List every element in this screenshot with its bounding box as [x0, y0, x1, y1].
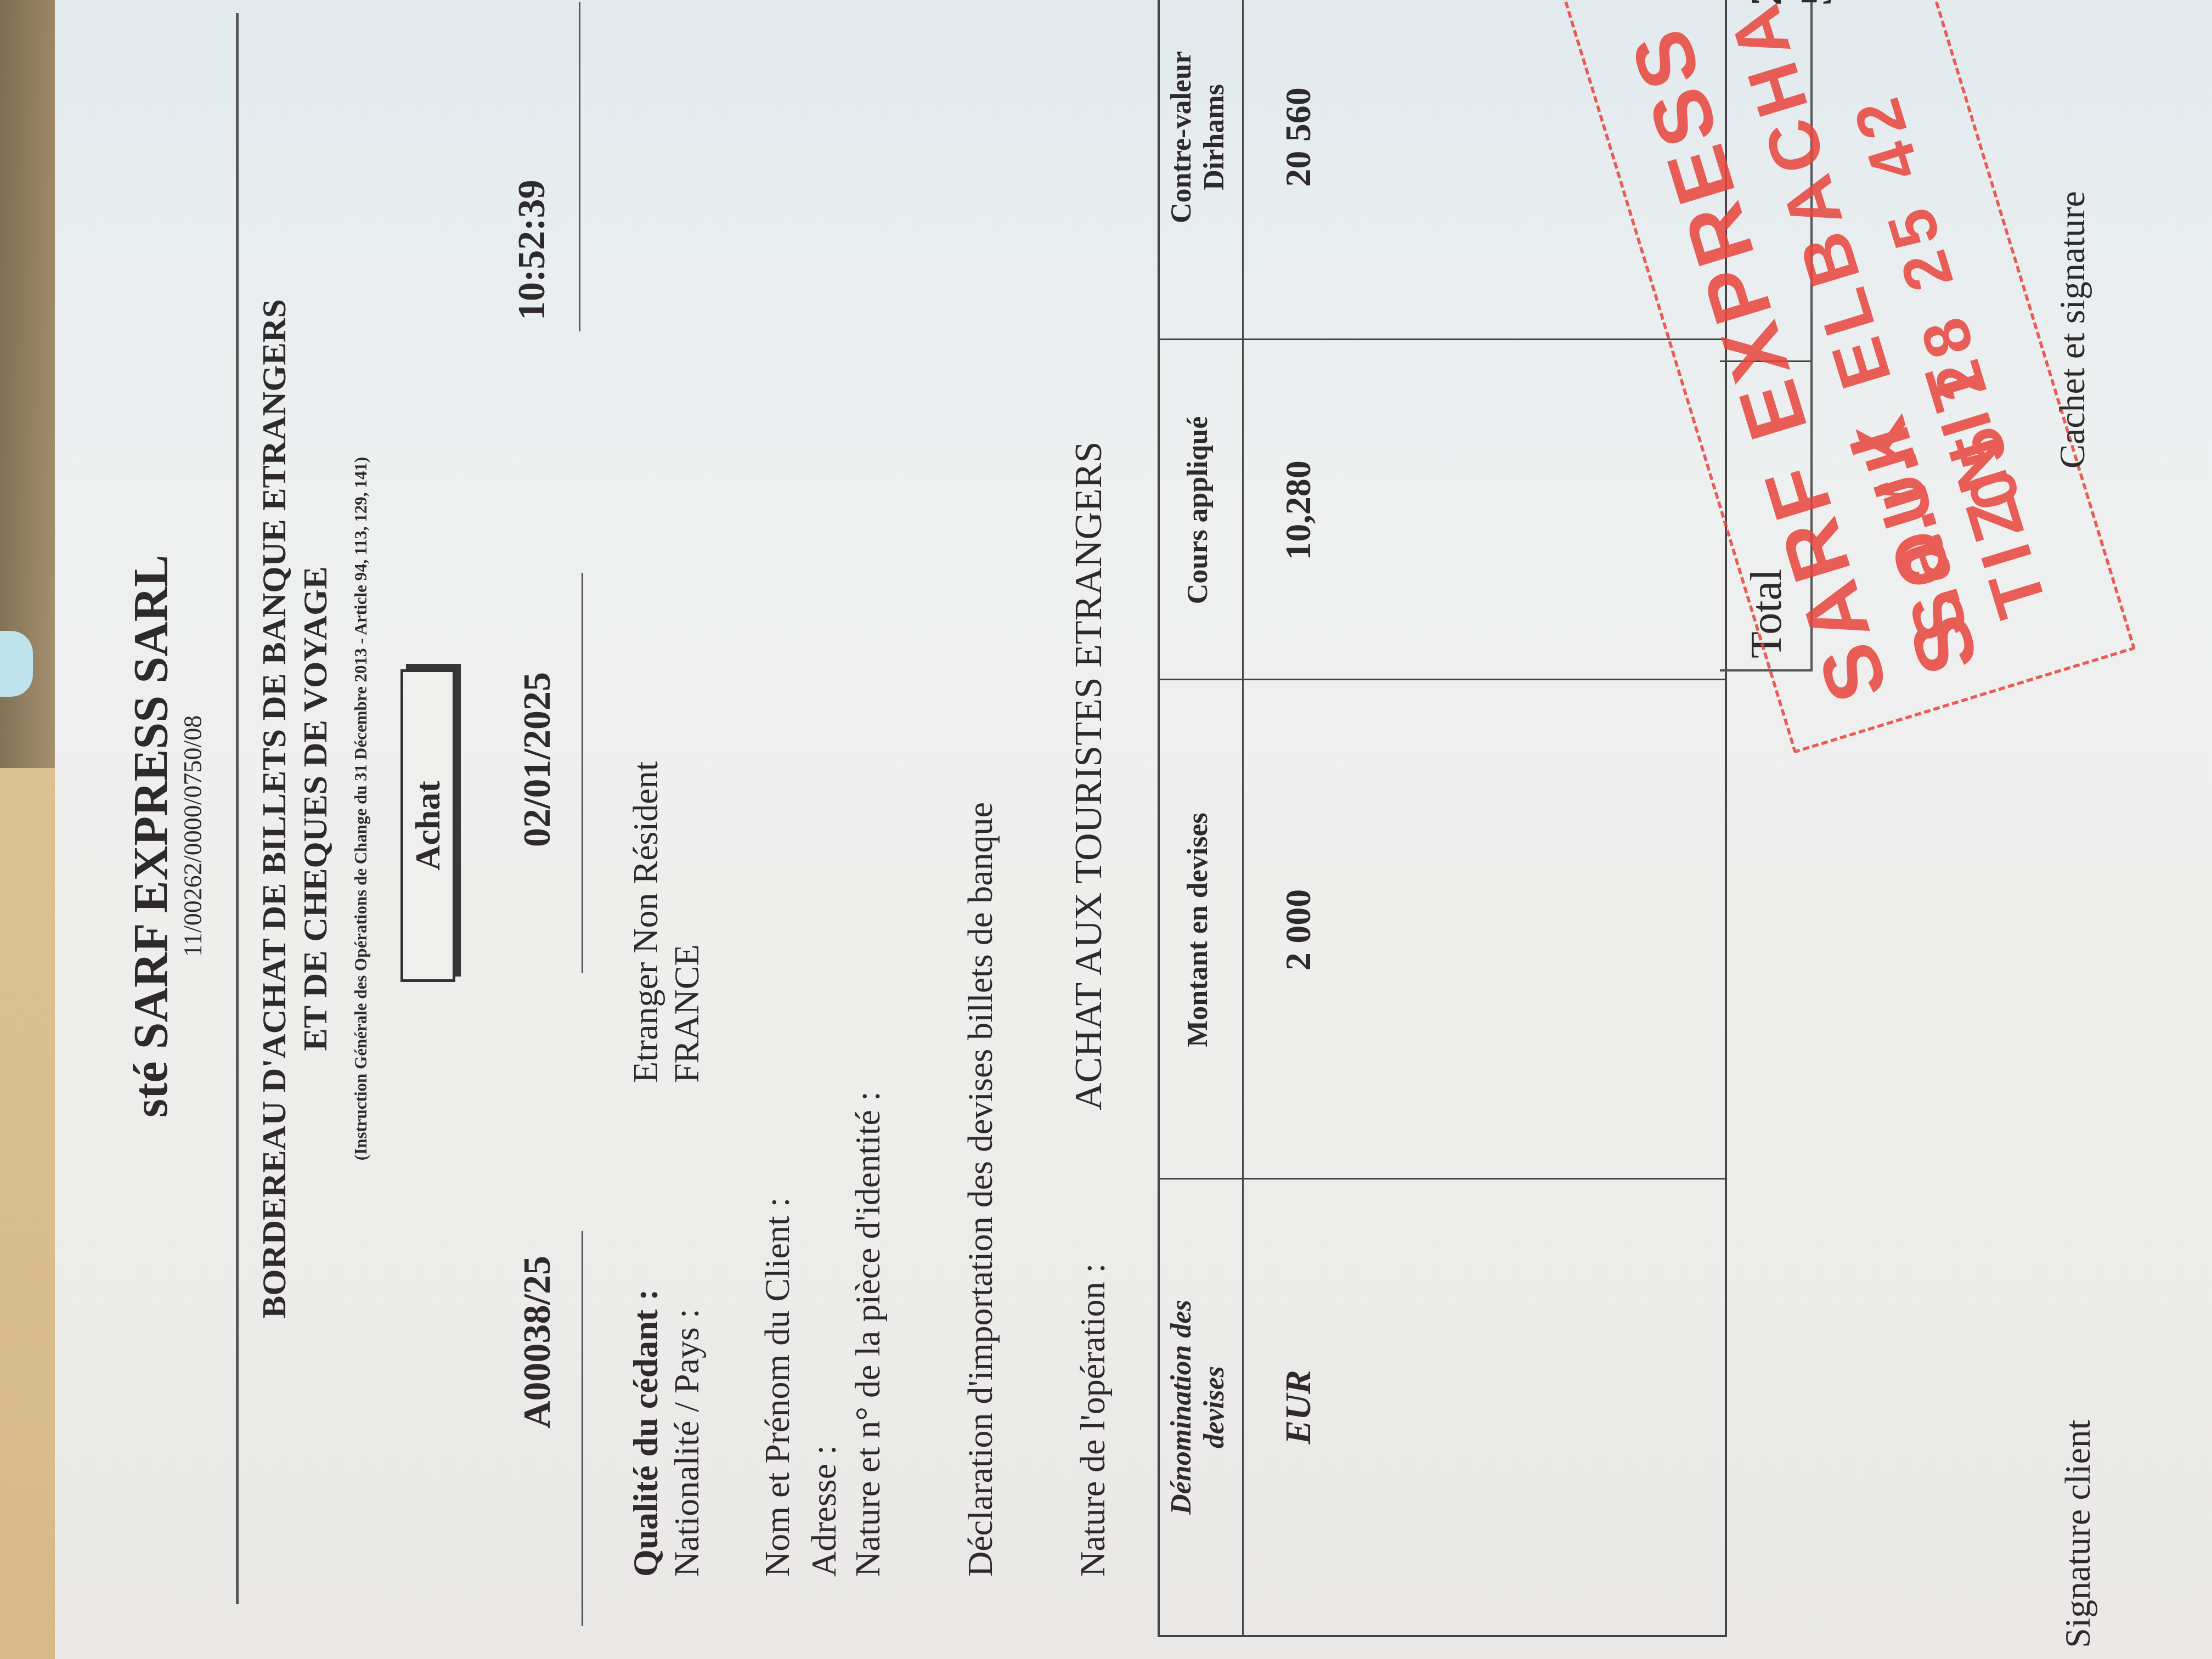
cell-amount: 2 000	[1278, 680, 1319, 1180]
regulation-reference: (Instruction Générale des Opérations de …	[351, 123, 371, 1494]
header-currency-line2: devises	[1198, 1180, 1231, 1635]
document-subtitle: ET DE CHEQUES DE VOYAGE	[296, 233, 335, 1385]
divider	[236, 13, 239, 1604]
qualite-value: Etranger Non Résident	[625, 761, 666, 1084]
client-name-label: Nom et Prénom du Client :	[757, 1198, 798, 1577]
registration-number: 11/00262/0000/0750/08	[178, 397, 207, 1275]
company-name: sté SARF EXPRESS SARL	[123, 397, 179, 1275]
column-divider	[1160, 679, 1725, 680]
stamp-signature-label: Cachet et signature	[2052, 191, 2093, 469]
cell-currency: EUR	[1278, 1180, 1319, 1635]
header-currency: Dénomination des devises	[1165, 1180, 1231, 1635]
divider	[579, 2, 580, 331]
operation-type-badge: Achat	[400, 669, 455, 982]
nationalite-label: Nationalité / Pays :	[667, 1308, 707, 1577]
import-declaration-label: Déclaration d'importation des devises bi…	[960, 802, 1001, 1577]
header-value-line2: Dirhams	[1198, 0, 1231, 340]
divider	[582, 1231, 583, 1626]
cell-value-mad: 20 560	[1278, 0, 1319, 340]
column-divider	[1160, 1178, 1725, 1180]
qualite-label: Qualité du cédant :	[625, 1289, 666, 1577]
document-title: BORDEREAU D'ACHAT DE BILLETS DE BANQUE E…	[255, 233, 294, 1385]
header-currency-line1: Dénomination des	[1165, 1180, 1198, 1635]
operation-nature-label: Nature de l'opération :	[1073, 1263, 1113, 1577]
transaction-time: 10:52:39	[510, 179, 554, 320]
header-value-line1: Contre-valeur	[1165, 0, 1198, 340]
id-document-label: Nature et n° de la pièce d'identité :	[848, 1091, 888, 1577]
address-label: Adresse :	[804, 1445, 844, 1577]
header-amount: Montant en devises	[1182, 680, 1215, 1180]
transaction-date: 02/01/2025	[516, 672, 560, 847]
header-value-mad: Contre-valeur Dirhams	[1165, 0, 1231, 340]
nationalite-value: FRANCE	[667, 945, 707, 1084]
blue-object	[0, 631, 33, 697]
column-divider	[1160, 338, 1725, 340]
exchange-receipt: sté SARF EXPRESS SARL 11/00262/0000/0750…	[55, 0, 2212, 1659]
reference-number: A00038/25	[516, 1256, 560, 1429]
header-rate: Cours appliqué	[1182, 340, 1215, 680]
divider	[582, 573, 583, 973]
operation-nature-value: ACHAT AUX TOURISTES ETRANGERS	[1067, 442, 1111, 1110]
cell-rate: 10,280	[1278, 340, 1319, 680]
client-signature-label: Signature client	[2057, 1420, 2099, 1648]
